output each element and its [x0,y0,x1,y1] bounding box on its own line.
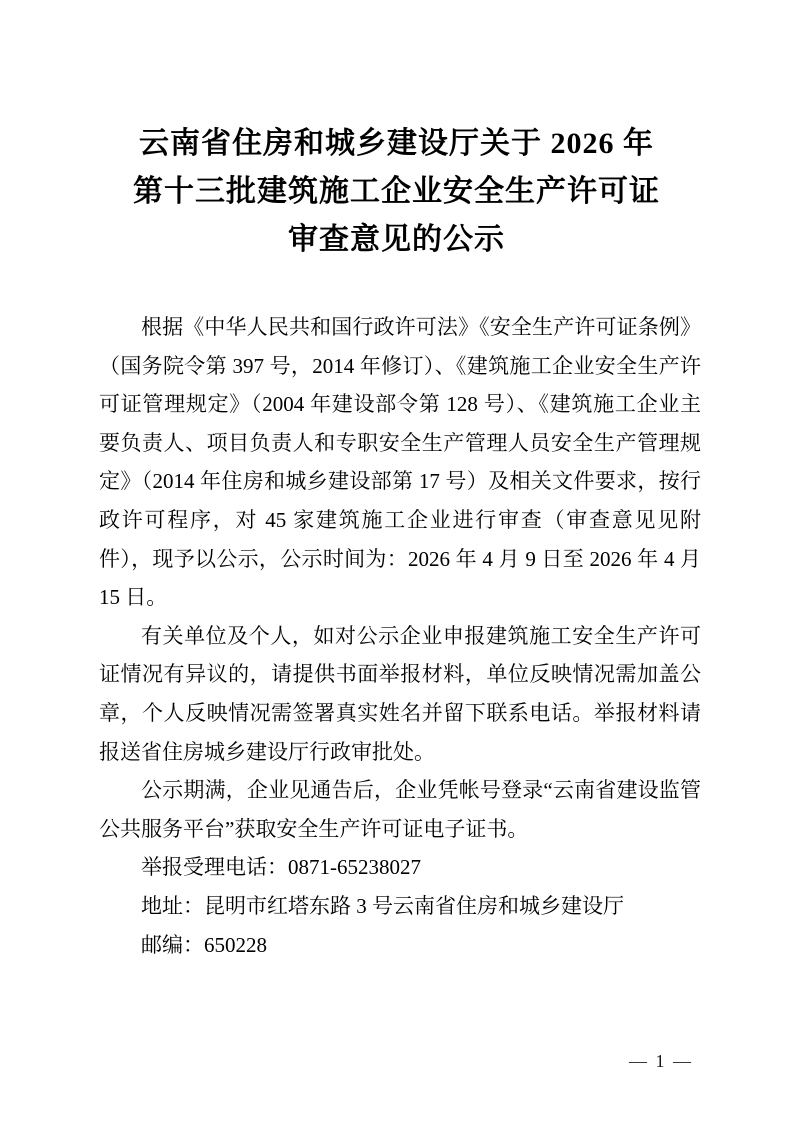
title-line-3: 审查意见的公示 [0,216,793,264]
page-number: — 1 — [629,1052,693,1070]
title-line-1: 云南省住房和城乡建设厅关于 2026 年 [0,120,793,168]
paragraph-certificate-retrieval: 公示期满，企业见通告后，企业凭帐号登录“云南省建设监管公共服务平台”获取安全生产… [99,771,701,848]
title-line-2: 第十三批建筑施工企业安全生产许可证 [0,168,793,216]
paragraph-report-phone: 举报受理电话：0871-65238027 [99,848,701,887]
document-page: 云南省住房和城乡建设厅关于 2026 年 第十三批建筑施工企业安全生产许可证 审… [0,0,793,1122]
paragraph-objection-instructions: 有关单位及个人，如对公示企业申报建筑施工安全生产许可证情况有异议的，请提供书面举… [99,617,701,771]
paragraph-address: 地址：昆明市红塔东路 3 号云南省住房和城乡建设厅 [99,887,701,926]
paragraph-legal-basis: 根据《中华人民共和国行政许可法》《安全生产许可证条例》（国务院令第 397 号，… [99,308,701,617]
paragraph-postal-code: 邮编：650228 [99,926,701,965]
document-title: 云南省住房和城乡建设厅关于 2026 年 第十三批建筑施工企业安全生产许可证 审… [0,120,793,264]
document-body: 根据《中华人民共和国行政许可法》《安全生产许可证条例》（国务院令第 397 号，… [99,308,701,964]
